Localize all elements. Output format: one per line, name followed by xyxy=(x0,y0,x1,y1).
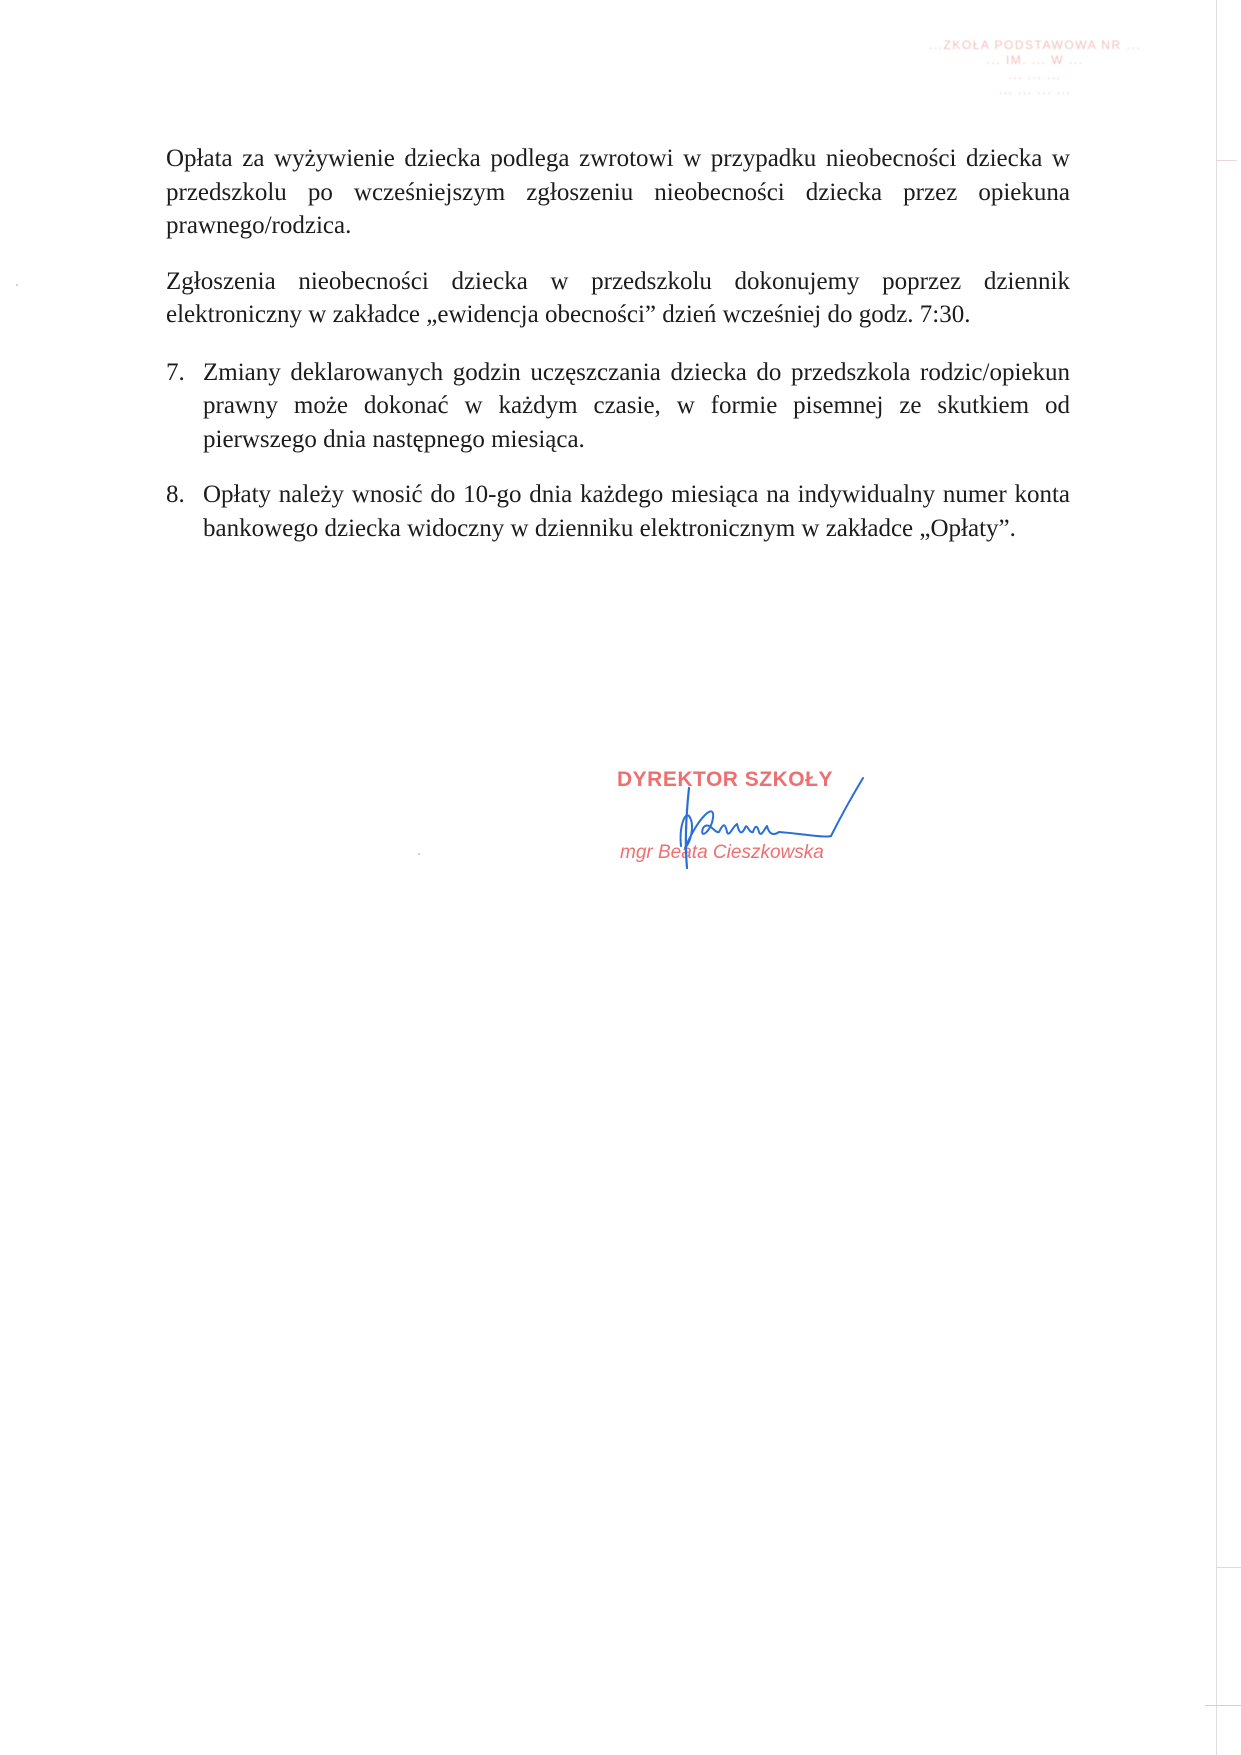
handwritten-signature-icon xyxy=(655,776,875,876)
stamp-line: ... IM. ... W ... xyxy=(895,53,1175,68)
list-item-7: 7. Zmiany deklarowanych godzin uczęszcza… xyxy=(166,356,1070,457)
paragraph-absence-reporting: Zgłoszenia nieobecności dziecka w przeds… xyxy=(166,265,1070,332)
list-item-text: Opłaty należy wnosić do 10-go dnia każde… xyxy=(203,481,1070,542)
paragraph-meal-refund: Opłata za wyżywienie dziecka podlega zwr… xyxy=(166,142,1070,243)
stamp-line: ...ZKOŁA PODSTAWOWA NR ... xyxy=(895,38,1175,53)
signature-block: DYREKTOR SZKOŁY mgr Beata Cieszkowska xyxy=(615,768,875,878)
list-number: 8. xyxy=(166,478,185,512)
list-item-text: Zmiany deklarowanych godzin uczęszczania… xyxy=(203,359,1070,453)
list-item-8: 8. Opłaty należy wnosić do 10-go dnia ka… xyxy=(166,478,1070,545)
document-page: ...ZKOŁA PODSTAWOWA NR ... ... IM. ... W… xyxy=(0,0,1241,1755)
document-body: Opłata za wyżywienie dziecka podlega zwr… xyxy=(166,142,1070,567)
stamp-line: ... ... ... ... xyxy=(895,83,1175,98)
scan-speck xyxy=(418,853,420,855)
scan-edge-mark xyxy=(1217,1567,1241,1568)
list-number: 7. xyxy=(166,356,185,390)
scan-edge-line xyxy=(1216,0,1217,1755)
stamp-line: ... ... ... xyxy=(895,68,1175,83)
scan-speck xyxy=(16,284,18,286)
scan-edge-mark xyxy=(1217,160,1237,161)
scan-edge-mark xyxy=(1205,1705,1241,1706)
school-stamp: ...ZKOŁA PODSTAWOWA NR ... ... IM. ... W… xyxy=(895,38,1175,98)
